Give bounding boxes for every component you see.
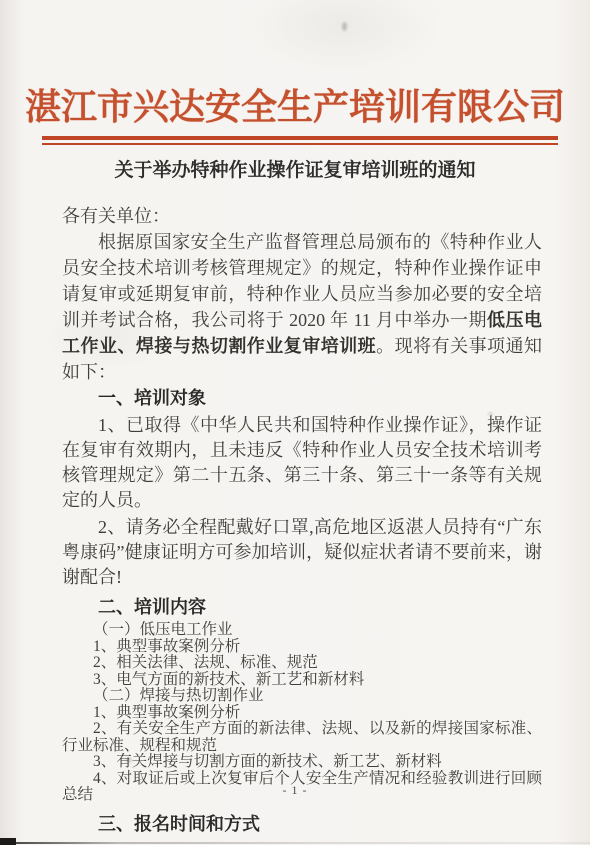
list-item: （二）焊接与热切割作业 [62,688,542,705]
salutation: 各有关单位： [62,203,542,229]
section-1-paragraph-1: 1、已取得《中华人民共和国特种作业操作证》，操作证在复审有效期内，且未违反《特种… [62,413,542,513]
scan-corner-mark [0,838,16,845]
section-1-paragraph-2: 2、请务必全程配戴好口罩,高危地区返湛人员持有“广东粤康码”健康证明方可参加培训… [62,515,542,590]
scan-smudge [342,22,347,31]
section-2-heading: 二、培训内容 [62,594,542,620]
list-item: （一）低压电工作业 [62,622,542,639]
training-content-list: （一）低压电工作业 1、典型事故案例分析 2、相关法律、法规、标准、规范 3、电… [62,622,542,804]
letterhead-company-name: 湛江市兴达安全生产培训有限公司 [0,83,590,131]
section-3-heading: 三、报名时间和方式 [62,811,542,837]
list-item: 1、典型事故案例分析 [62,639,542,656]
section-1-heading: 一、培训对象 [62,385,542,411]
list-item: 3、电气方面的新技术、新工艺和新材料 [62,672,542,689]
list-item: 1、典型事故案例分析 [62,705,542,722]
list-item: 2、有关安全生产方面的新法律、法规、以及新的焊接国家标准、行业标准、规程和规范 [62,721,542,754]
intro-paragraph: 根据原国家安全生产监督管理总局颁布的《特种作业人员安全技术培训考核管理规定》的规… [62,229,542,385]
list-item: 3、有关焊接与切割方面的新技术、新工艺、新材料 [62,754,542,771]
scan-edge-line [0,842,590,844]
page-number: - 1 - [0,783,590,798]
list-item: 2、相关法律、法规、标准、规范 [62,655,542,672]
document-body: 各有关单位： 根据原国家安全生产监督管理总局颁布的《特种作业人员安全技术培训考核… [62,203,542,837]
letterhead-double-rule [42,136,558,145]
scanned-notice-page: 湛江市兴达安全生产培训有限公司 关于举办特种作业操作证复审培训班的通知 各有关单… [0,0,590,845]
intro-text-pre: 根据原国家安全生产监督管理总局颁布的《特种作业人员安全技术培训考核管理规定》的规… [62,232,542,330]
document-title: 关于举办特种作业操作证复审培训班的通知 [0,158,590,184]
